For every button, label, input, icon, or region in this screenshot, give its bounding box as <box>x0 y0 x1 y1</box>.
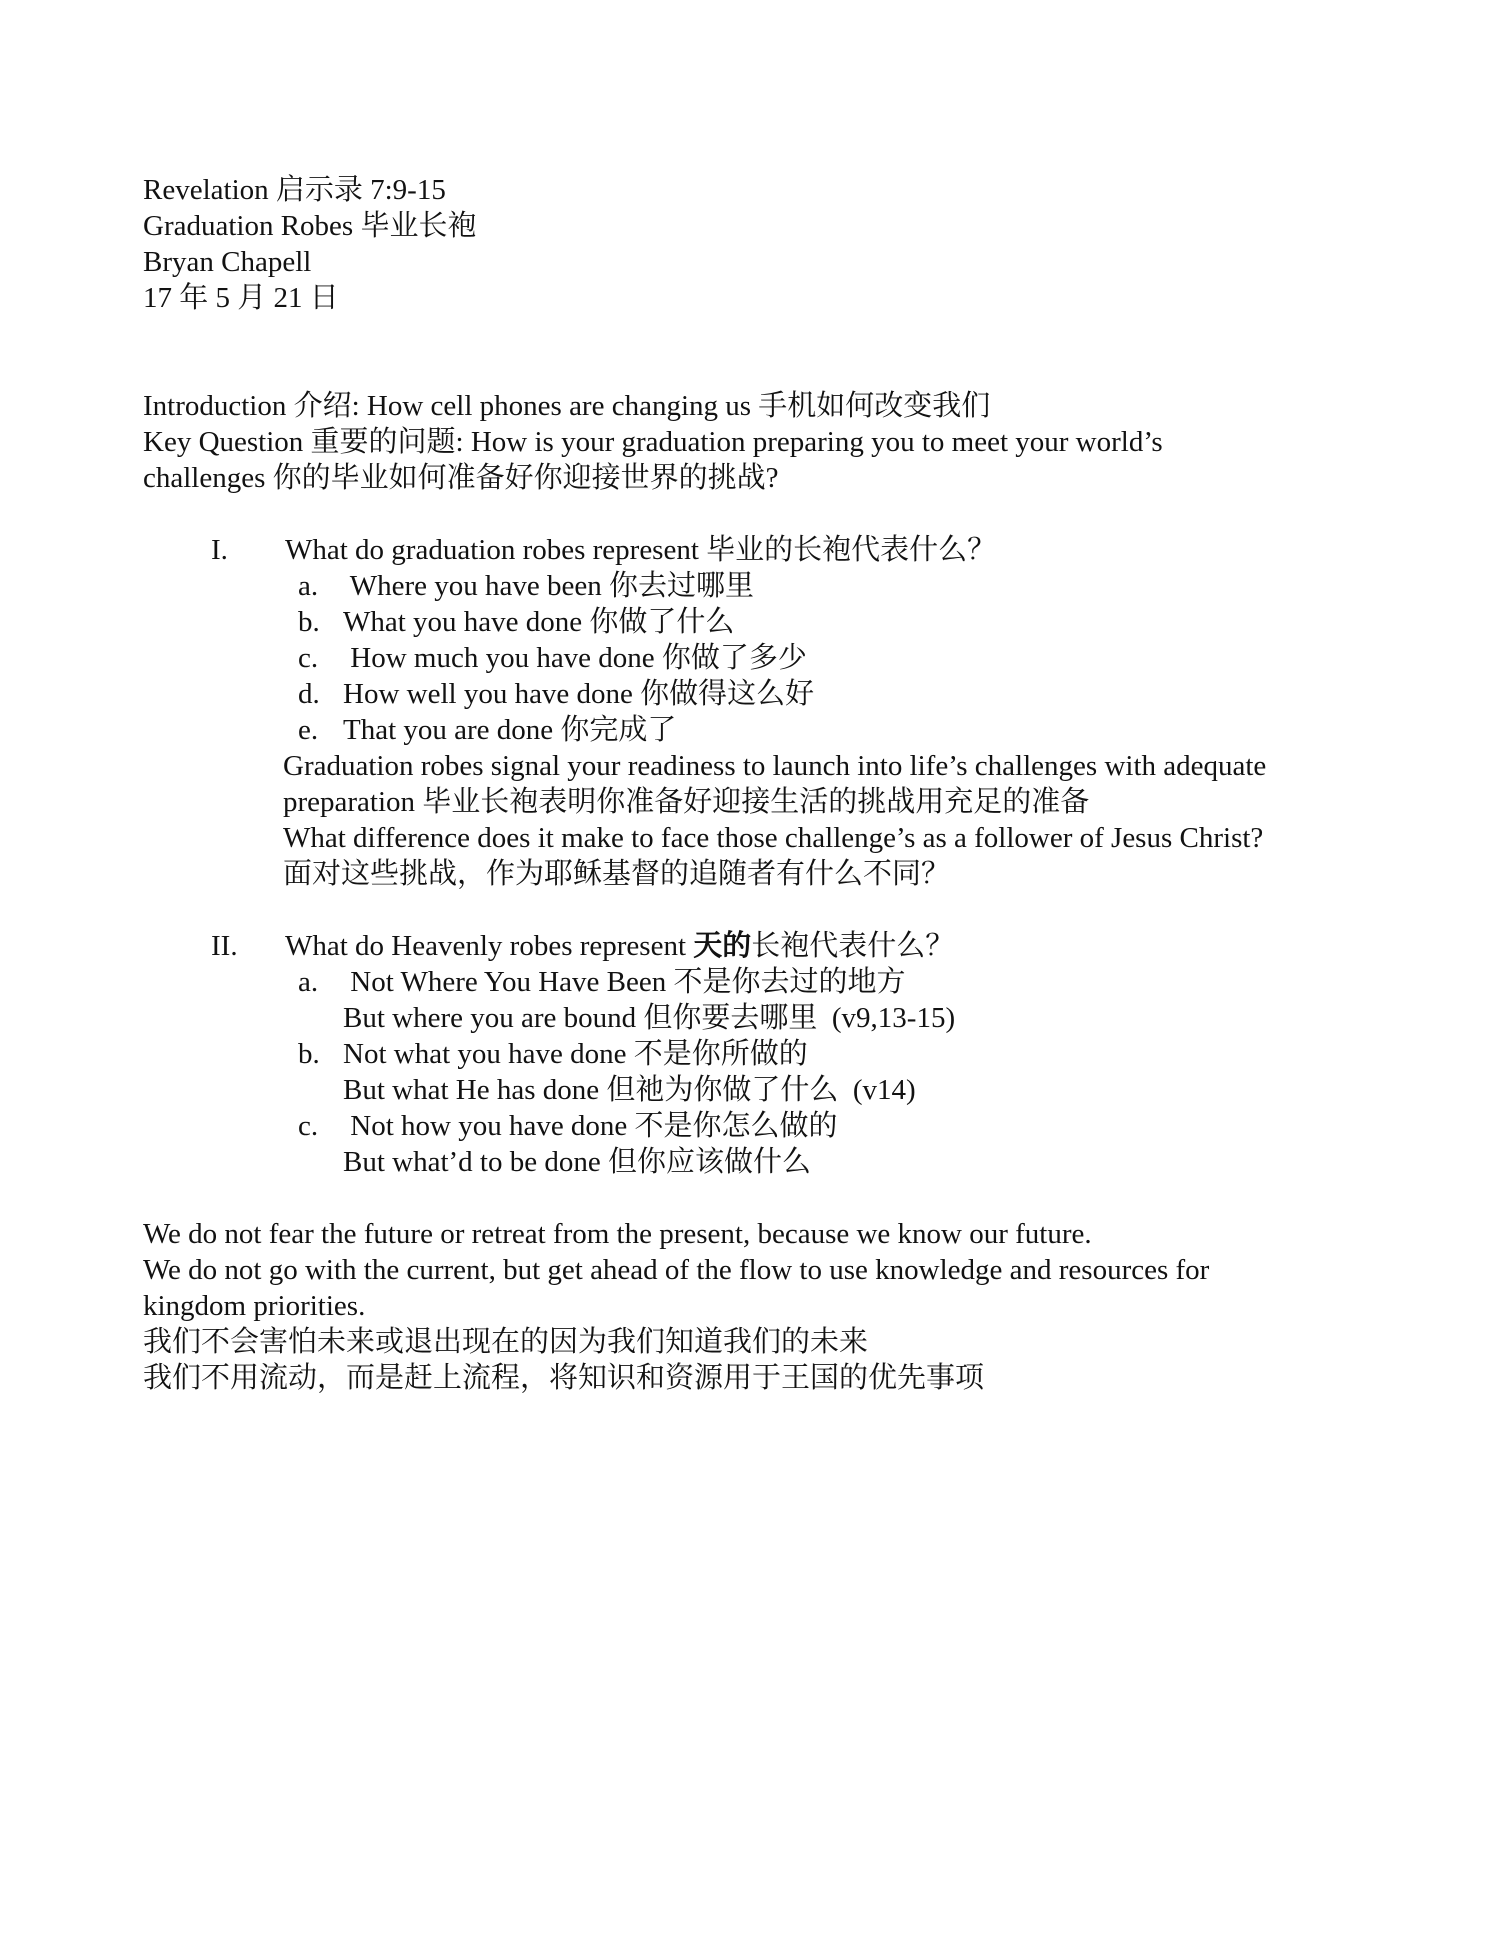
item-letter: b. <box>298 604 343 640</box>
item-text: How well you have done 你做得这么好 <box>343 676 814 712</box>
paragraph-line: What difference does it make to face tho… <box>283 820 1370 856</box>
closing-line-4: 我们不会害怕未来或退出现在的因为我们知道我们的未来 <box>143 1324 1370 1360</box>
document-page: Revelation 启示录 7:9-15 Graduation Robes 毕… <box>0 0 1500 1942</box>
outline-item-1e: e. That you are done 你完成了 <box>143 712 1370 748</box>
key-question-line-2: challenges 你的毕业如何准备好你迎接世界的挑战? <box>143 460 1370 496</box>
section-2-title-zh-rest: 长袍代表什么？ <box>751 930 954 962</box>
item-letter: c. <box>298 640 343 676</box>
outline-section-2: II. What do Heavenly robes represent 天的长… <box>143 928 1370 1180</box>
outline-item-1b: b. What you have done 你做了什么 <box>143 604 1370 640</box>
item-line-1: Not what you have done 不是你所做的 <box>343 1036 916 1072</box>
section-2-heading: II. What do Heavenly robes represent 天的长… <box>143 928 1370 964</box>
item-line-2: But where you are bound 但你要去哪里 (v9,13-15… <box>343 1000 955 1036</box>
outline-item-1d: d. How well you have done 你做得这么好 <box>143 676 1370 712</box>
paragraph-line: Graduation robes signal your readiness t… <box>283 748 1370 784</box>
item-letter: a. <box>298 568 343 604</box>
item-line-1: Not Where You Have Been 不是你去过的地方 <box>343 964 955 1000</box>
header-line-title: Graduation Robes 毕业长袍 <box>143 208 1370 244</box>
item-letter: a. <box>298 964 343 1036</box>
section-1-title: What do graduation robes represent 毕业的长袍… <box>285 532 996 568</box>
closing-line-1: We do not fear the future or retreat fro… <box>143 1216 1370 1252</box>
outline-item-2a: a. Not Where You Have Been 不是你去过的地方 But … <box>143 964 1370 1036</box>
introduction-block: Introduction 介绍: How cell phones are cha… <box>143 388 1370 496</box>
item-text: What you have done 你做了什么 <box>343 604 734 640</box>
outline-item-1a: a. Where you have been 你去过哪里 <box>143 568 1370 604</box>
item-text-lines: Not what you have done 不是你所做的 But what H… <box>343 1036 916 1108</box>
section-2-numeral: II. <box>211 928 285 964</box>
section-2-title-zh-bold: 天的 <box>693 930 751 962</box>
item-line-2: But what He has done 但祂为你做了什么 (v14) <box>343 1072 916 1108</box>
item-line-2: But what’d to be done 但你应该做什么 <box>343 1144 838 1180</box>
document-header: Revelation 启示录 7:9-15 Graduation Robes 毕… <box>143 172 1370 316</box>
section-1-commentary: Graduation robes signal your readiness t… <box>143 748 1370 892</box>
paragraph-line: 面对这些挑战，作为耶稣基督的追随者有什么不同？ <box>283 856 1370 892</box>
header-line-author: Bryan Chapell <box>143 244 1370 280</box>
introduction-line: Introduction 介绍: How cell phones are cha… <box>143 388 1370 424</box>
closing-line-2: We do not go with the current, but get a… <box>143 1252 1370 1288</box>
section-2-title-en: What do Heavenly robes represent <box>285 930 693 962</box>
item-text-lines: Not Where You Have Been 不是你去过的地方 But whe… <box>343 964 955 1036</box>
header-line-date: 17 年 5 月 21 日 <box>143 280 1370 316</box>
item-letter: e. <box>298 712 343 748</box>
section-1-heading: I. What do graduation robes represent 毕业… <box>143 532 1370 568</box>
section-1-numeral: I. <box>211 532 285 568</box>
item-text: Where you have been 你去过哪里 <box>343 568 754 604</box>
item-text-lines: Not how you have done 不是你怎么做的 But what’d… <box>343 1108 838 1180</box>
outline-item-2b: b. Not what you have done 不是你所做的 But wha… <box>143 1036 1370 1108</box>
item-letter: b. <box>298 1036 343 1108</box>
paragraph-line: preparation 毕业长袍表明你准备好迎接生活的挑战用充足的准备 <box>283 784 1370 820</box>
item-letter: d. <box>298 676 343 712</box>
item-line-1: Not how you have done 不是你怎么做的 <box>343 1108 838 1144</box>
outline-section-1: I. What do graduation robes represent 毕业… <box>143 532 1370 892</box>
key-question-line-1: Key Question 重要的问题: How is your graduati… <box>143 424 1370 460</box>
item-text: That you are done 你完成了 <box>343 712 676 748</box>
item-text: How much you have done 你做了多少 <box>343 640 807 676</box>
header-line-scripture: Revelation 启示录 7:9-15 <box>143 172 1370 208</box>
closing-line-3: kingdom priorities. <box>143 1288 1370 1324</box>
outline-item-1c: c. How much you have done 你做了多少 <box>143 640 1370 676</box>
item-letter: c. <box>298 1108 343 1180</box>
outline-item-2c: c. Not how you have done 不是你怎么做的 But wha… <box>143 1108 1370 1180</box>
closing-block: We do not fear the future or retreat fro… <box>143 1216 1370 1396</box>
section-2-title: What do Heavenly robes represent 天的长袍代表什… <box>285 928 954 964</box>
closing-line-5: 我们不用流动，而是赶上流程，将知识和资源用于王国的优先事项 <box>143 1360 1370 1396</box>
